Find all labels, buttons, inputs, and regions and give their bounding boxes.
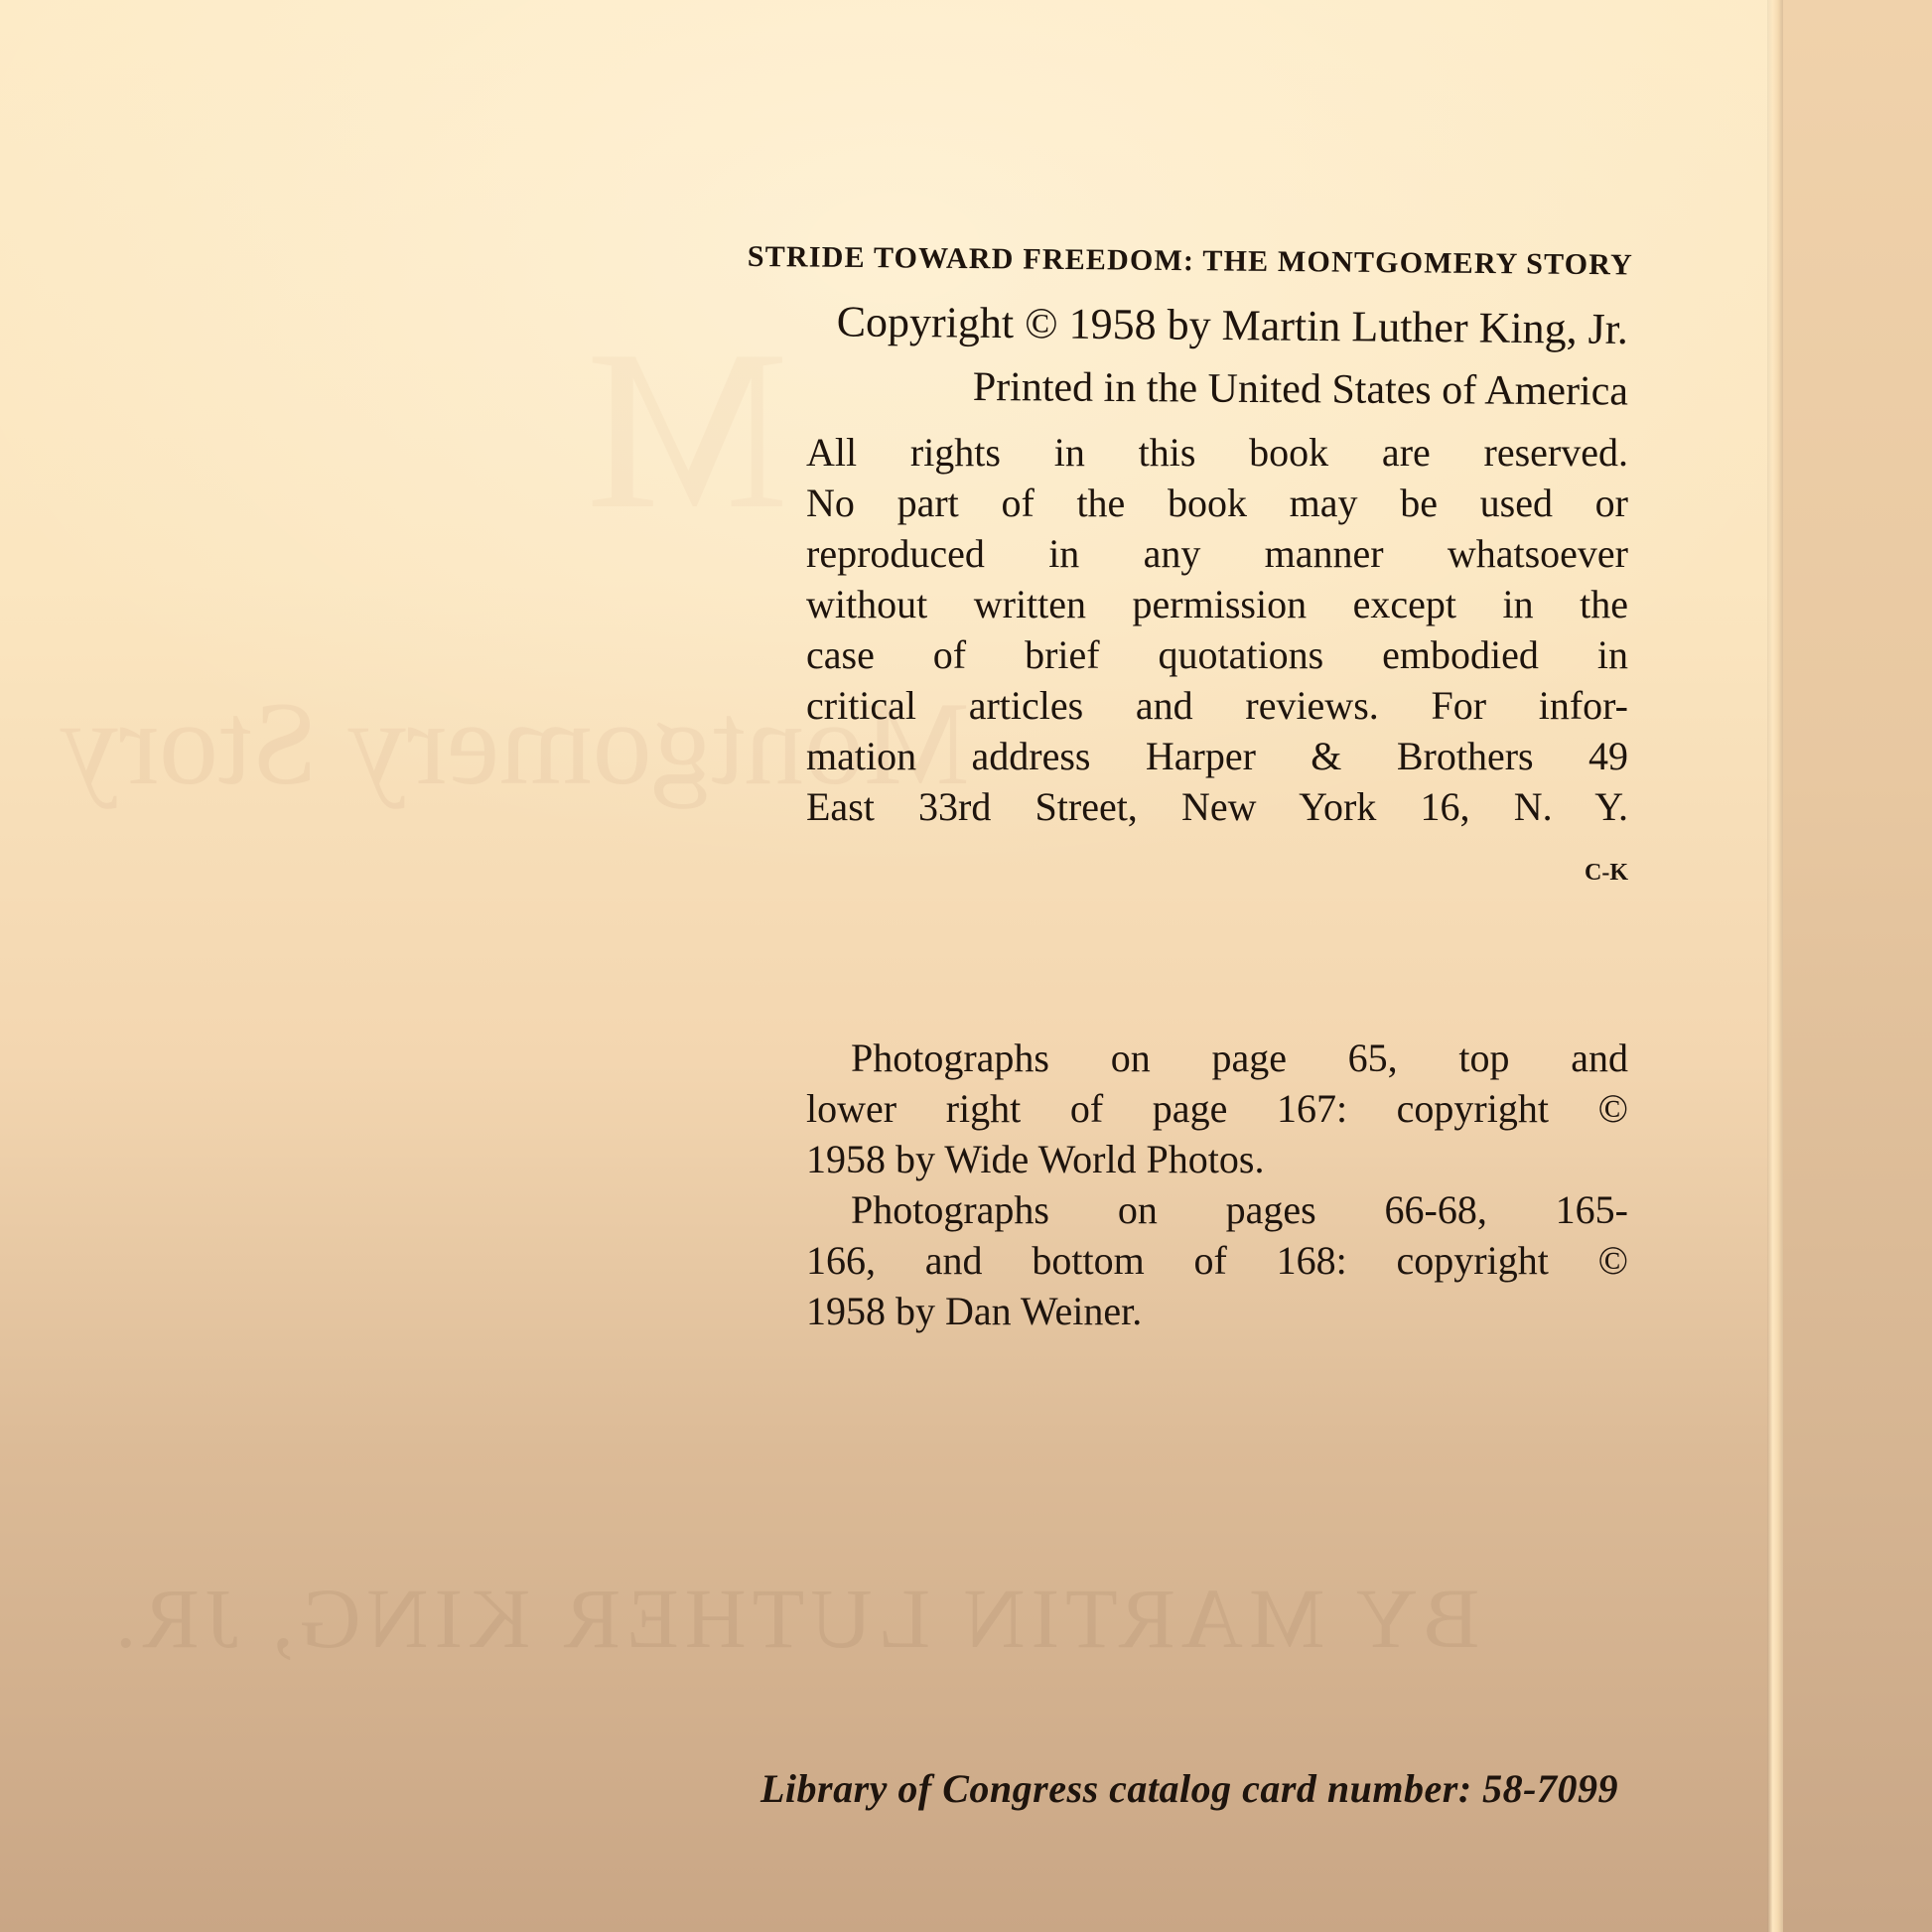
rights-line: mation address Harper & Brothers 49 [806, 731, 1628, 781]
photo-credit-line: lower right of page 167: copyright © [806, 1083, 1628, 1134]
printer-code: C-K [1559, 860, 1628, 887]
rights-line: All rights in this book are reserved. [806, 427, 1628, 478]
photo-credit-line: Photographs on page 65, top and [806, 1033, 1628, 1083]
printed-in-notice: Printed in the United States of America [695, 361, 1628, 416]
rights-line: without written permission except in the [806, 579, 1628, 629]
adjacent-page [1783, 0, 1932, 1932]
catalog-card-number: Library of Congress catalog card number:… [576, 1765, 1618, 1812]
book-page [0, 0, 1777, 1932]
photo-credits: Photographs on page 65, top and lower ri… [806, 1033, 1628, 1336]
page-edge [1767, 0, 1783, 1932]
rights-line: No part of the book may be used or [806, 478, 1628, 528]
rights-line: case of brief quotations embodied in [806, 629, 1628, 680]
photo-credit-line: 1958 by Wide World Photos. [806, 1134, 1628, 1184]
copyright-notice: Copyright © 1958 by Martin Luther King, … [596, 294, 1628, 354]
photo-credit-line: 1958 by Dan Weiner. [806, 1286, 1628, 1336]
rights-paragraph: All rights in this book are reserved. No… [806, 427, 1628, 832]
photo-credit-line: 166, and bottom of 168: copyright © [806, 1235, 1628, 1286]
photo-credit-line: Photographs on pages 66-68, 165- [806, 1184, 1628, 1235]
rights-line: reproduced in any manner whatsoever [806, 528, 1628, 579]
rights-line: critical articles and reviews. For infor… [806, 680, 1628, 731]
rights-line: East 33rd Street, New York 16, N. Y. [806, 781, 1628, 832]
